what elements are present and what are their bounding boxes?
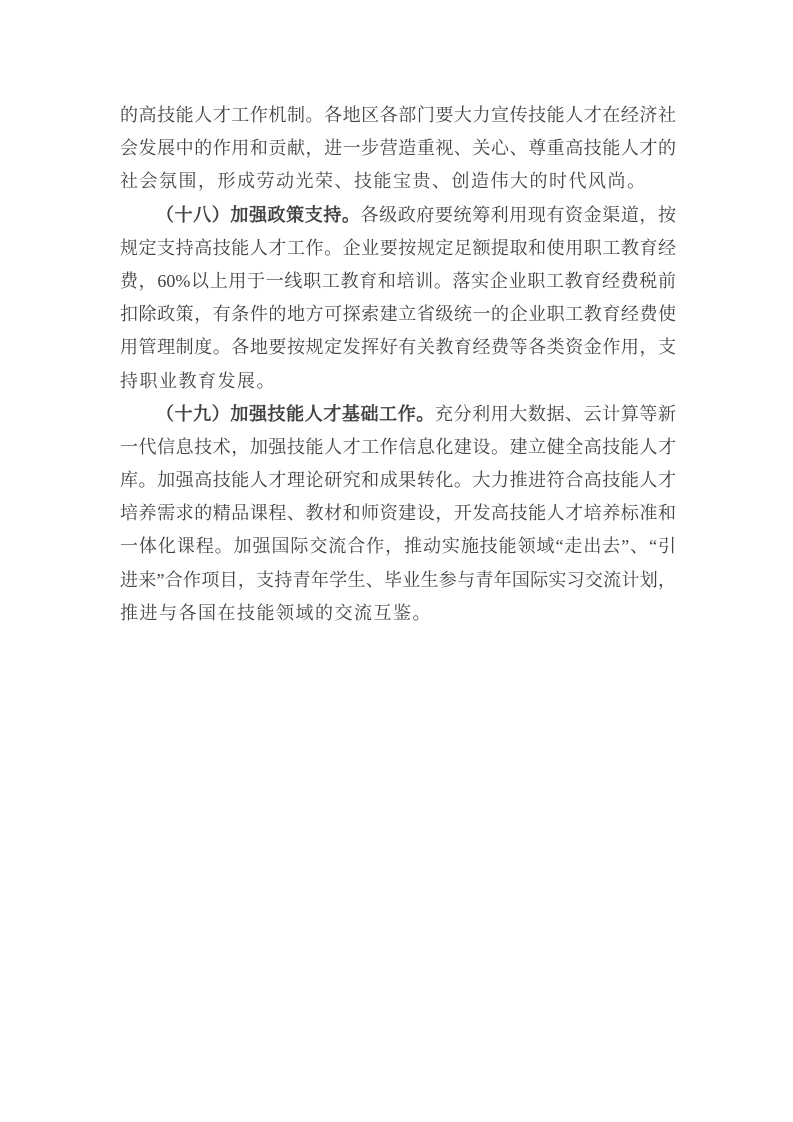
section-heading-18: （十八）加强政策支持。 bbox=[156, 205, 361, 225]
paragraph-continuation: 的高技能人才工作机制。各地区各部门要大力宣传技能人才在经济社 会发展中的作用和贡… bbox=[120, 99, 676, 199]
line-text: 扣除政策，有条件的地方可探索建立省级统一的企业职工教育经费使 bbox=[120, 304, 676, 324]
line-text: 会发展中的作用和贡献，进一步营造重视、关心、尊重高技能人才的 bbox=[120, 138, 676, 158]
line-text: 用管理制度。各地要按规定发挥好有关教育经费等各类资金作用，支 bbox=[120, 337, 676, 357]
text-line: 库。加强高技能人才理论研究和成果转化。大力推进符合高技能人才 bbox=[120, 464, 676, 497]
text-line: 进来”合作项目，支持青年学生、毕业生参与青年国际实习交流计划， bbox=[120, 564, 676, 597]
paragraph-section-18: （十八）加强政策支持。各级政府要统筹利用现有资金渠道，按 规定支持高技能人才工作… bbox=[120, 199, 676, 398]
line-text: 社会氛围，形成劳动光荣、技能宝贵、创造伟大的时代风尚。 bbox=[120, 171, 647, 191]
line-text: 规定支持高技能人才工作。企业要按规定足额提取和使用职工教育经 bbox=[120, 238, 676, 258]
section-heading-19: （十九）加强技能人才基础工作。 bbox=[156, 404, 435, 424]
line-text: 各级政府要统筹利用现有资金渠道，按 bbox=[361, 205, 676, 225]
text-line: 费，60%以上用于一线职工教育和培训。落实企业职工教育经费税前 bbox=[120, 265, 676, 298]
text-line: 推进与各国在技能领域的交流互鉴。 bbox=[120, 597, 676, 630]
text-column: 的高技能人才工作机制。各地区各部门要大力宣传技能人才在经济社 会发展中的作用和贡… bbox=[120, 99, 676, 630]
text-line: 一代信息技术，加强技能人才工作信息化建设。建立健全高技能人才 bbox=[120, 431, 676, 464]
text-line: （十九）加强技能人才基础工作。充分利用大数据、云计算等新 bbox=[120, 398, 676, 431]
text-line: 会发展中的作用和贡献，进一步营造重视、关心、尊重高技能人才的 bbox=[120, 132, 676, 165]
document-page: 的高技能人才工作机制。各地区各部门要大力宣传技能人才在经济社 会发展中的作用和贡… bbox=[0, 0, 793, 1122]
text-line: 规定支持高技能人才工作。企业要按规定足额提取和使用职工教育经 bbox=[120, 232, 676, 265]
paragraph-section-19: （十九）加强技能人才基础工作。充分利用大数据、云计算等新 一代信息技术，加强技能… bbox=[120, 398, 676, 630]
line-text: 费，60%以上用于一线职工教育和培训。落实企业职工教育经费税前 bbox=[120, 271, 676, 291]
text-line: 扣除政策，有条件的地方可探索建立省级统一的企业职工教育经费使 bbox=[120, 298, 676, 331]
text-line: 培养需求的精品课程、教材和师资建设，开发高技能人才培养标准和 bbox=[120, 497, 676, 530]
line-text: 培养需求的精品课程、教材和师资建设，开发高技能人才培养标准和 bbox=[120, 503, 676, 523]
line-text: 充分利用大数据、云计算等新 bbox=[435, 404, 676, 424]
text-line: 社会氛围，形成劳动光荣、技能宝贵、创造伟大的时代风尚。 bbox=[120, 165, 676, 198]
text-line: （十八）加强政策支持。各级政府要统筹利用现有资金渠道，按 bbox=[120, 199, 676, 232]
line-text: 一体化课程。加强国际交流合作，推动实施技能领域“走出去”、“引 bbox=[120, 536, 676, 556]
text-line: 持职业教育发展。 bbox=[120, 365, 676, 398]
line-text: 持职业教育发展。 bbox=[120, 371, 276, 391]
line-text: 推进与各国在技能领域的交流互鉴。 bbox=[120, 603, 432, 623]
line-text: 库。加强高技能人才理论研究和成果转化。大力推进符合高技能人才 bbox=[120, 470, 676, 490]
text-line: 一体化课程。加强国际交流合作，推动实施技能领域“走出去”、“引 bbox=[120, 530, 676, 563]
line-text: 进来”合作项目，支持青年学生、毕业生参与青年国际实习交流计划， bbox=[120, 570, 676, 590]
line-text: 的高技能人才工作机制。各地区各部门要大力宣传技能人才在经济社 bbox=[120, 105, 676, 125]
text-line: 的高技能人才工作机制。各地区各部门要大力宣传技能人才在经济社 bbox=[120, 99, 676, 132]
text-line: 用管理制度。各地要按规定发挥好有关教育经费等各类资金作用，支 bbox=[120, 331, 676, 364]
line-text: 一代信息技术，加强技能人才工作信息化建设。建立健全高技能人才 bbox=[120, 437, 676, 457]
